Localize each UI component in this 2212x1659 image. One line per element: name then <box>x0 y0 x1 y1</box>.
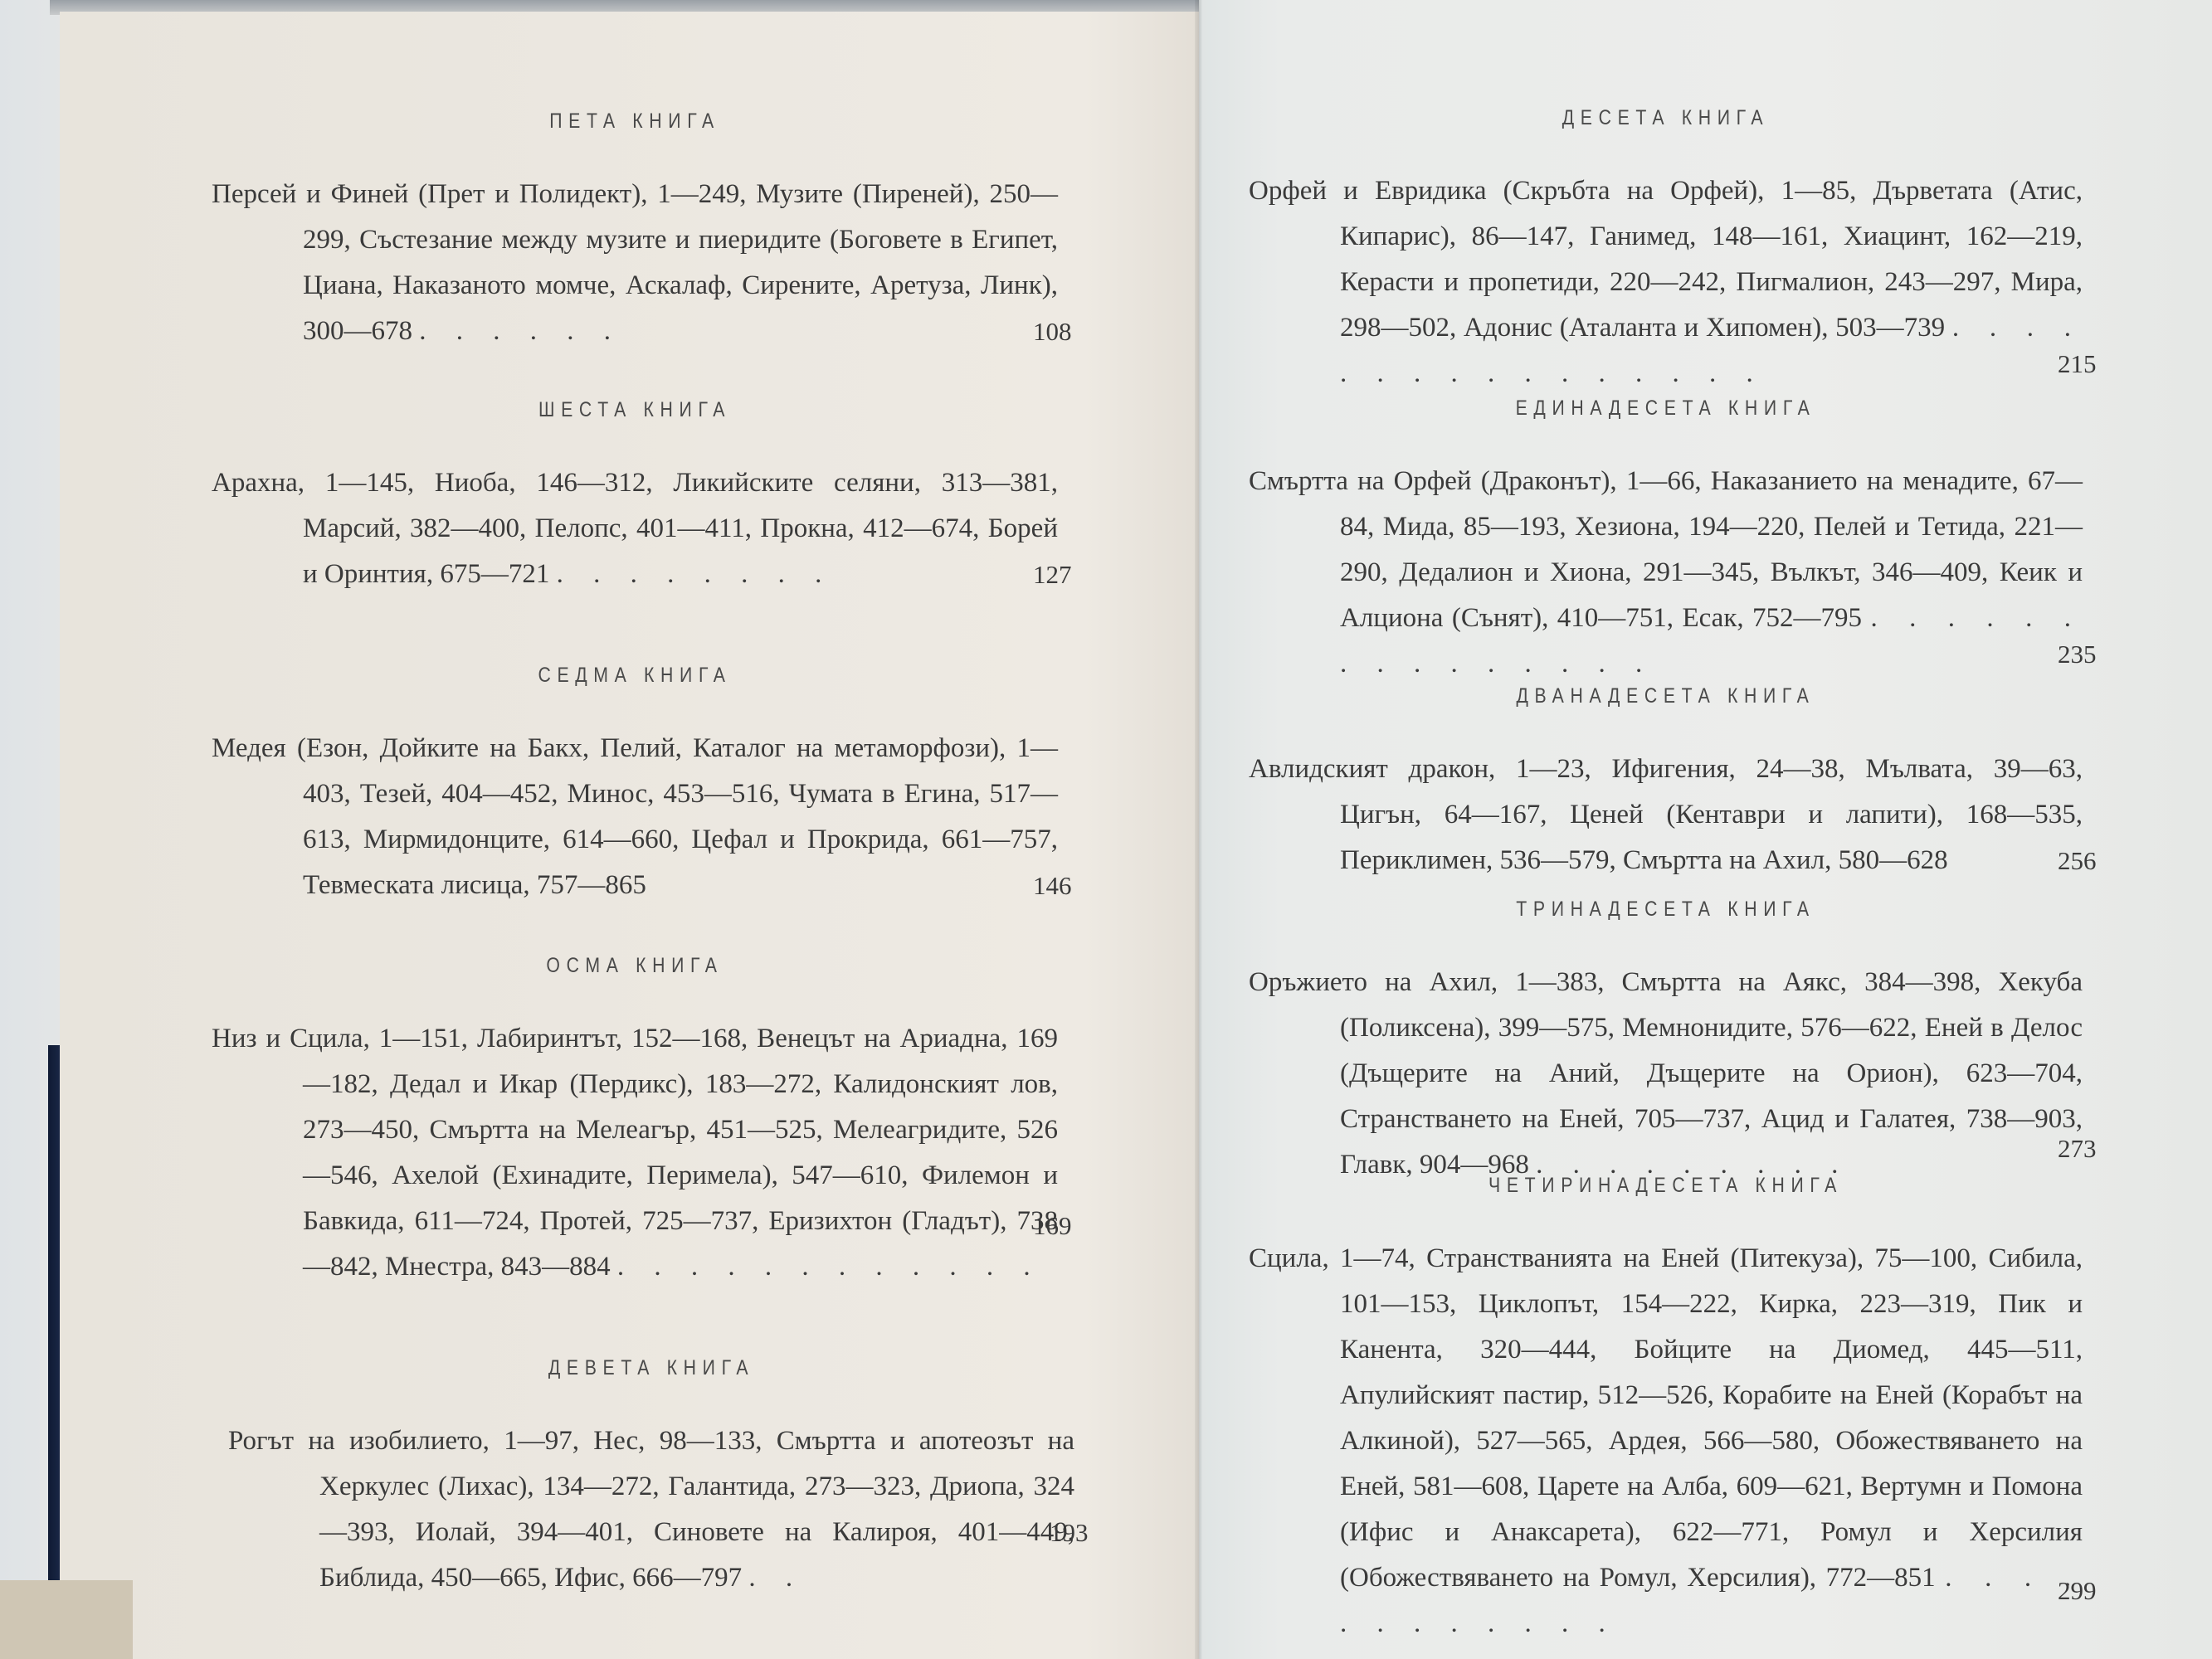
toc-entry: Персей и Финей (Прет и Полидект), 1—249,… <box>212 172 1058 354</box>
dot-leader: . . . . . . <box>419 316 622 346</box>
toc-section-book-13: ТРИНАДЕСЕТА КНИГА Оръжието на Ахил, 1—38… <box>1249 898 2083 1188</box>
toc-section-book-11: ЕДИНАДЕСЕТА КНИГА Смъртта на Орфей (Драк… <box>1249 397 2083 687</box>
toc-entry: Орфей и Евридика (Скръбта на Орфей), 1—8… <box>1249 168 2083 397</box>
section-heading: ТРИНАДЕСЕТА КНИГА <box>1311 898 2020 922</box>
dot-leader: . . . . . . . . . . . . <box>617 1252 1042 1282</box>
section-heading: ЕДИНАДЕСЕТА КНИГА <box>1311 397 2020 421</box>
section-heading: ДЕСЕТА КНИГА <box>1311 106 2020 130</box>
toc-entry: Сцила, 1—74, Странстванията на Еней (Пит… <box>1249 1236 2083 1647</box>
section-heading: ОСМА КНИГА <box>275 954 995 978</box>
entry-text: Оръжието на Ахил, 1—383, Смъртта на Аякс… <box>1249 967 2083 1180</box>
toc-section-book-9: ДЕВЕТА КНИГА Рогът на изобилието, 1—97, … <box>228 1356 1074 1601</box>
entry-text: Сцила, 1—74, Странстванията на Еней (Пит… <box>1249 1243 2083 1593</box>
toc-section-book-14: ЧЕТИРИНАДЕСЕТА КНИГА Сцила, 1—74, Странс… <box>1249 1174 2083 1647</box>
toc-section-book-10: ДЕСЕТА КНИГА Орфей и Евридика (Скръбта н… <box>1249 106 2083 397</box>
toc-section-book-6: ШЕСТА КНИГА Арахна, 1—145, Ниоба, 146—31… <box>212 398 1058 597</box>
entry-text: Рогът на изобилието, 1—97, Нес, 98—133, … <box>228 1426 1074 1593</box>
section-heading: ДВАНАДЕСЕТА КНИГА <box>1311 684 2020 708</box>
section-heading: ШЕСТА КНИГА <box>275 398 995 422</box>
table-surface <box>0 1580 133 1659</box>
section-heading: ДЕВЕТА КНИГА <box>292 1356 1011 1380</box>
toc-entry: Арахна, 1—145, Ниоба, 146—312, Ликийскит… <box>212 460 1058 597</box>
toc-entry: Авлидският дракон, 1—23, Ифигения, 24—38… <box>1249 747 2083 883</box>
dot-leader: . . <box>748 1563 804 1593</box>
toc-section-book-8: ОСМА КНИГА Низ и Сцила, 1—151, Лабиринтъ… <box>212 954 1058 1290</box>
dot-leader: . . . . . . . . <box>557 559 834 589</box>
entry-text: Персей и Финей (Прет и Полидект), 1—249,… <box>212 179 1058 346</box>
toc-section-book-5: ПЕТА КНИГА Персей и Финей (Прет и Полиде… <box>212 109 1058 354</box>
toc-section-book-7: СЕДМА КНИГА Медея (Езон, Дойките на Бакх… <box>212 664 1058 908</box>
toc-section-book-12: ДВАНАДЕСЕТА КНИГА Авлидският дракон, 1—2… <box>1249 684 2083 883</box>
entry-text: Авлидският дракон, 1—23, Ифигения, 24—38… <box>1249 754 2083 875</box>
toc-entry: Медея (Езон, Дойките на Бакх, Пелий, Кат… <box>212 726 1058 908</box>
entry-text: Низ и Сцила, 1—151, Лабиринтът, 152—168,… <box>212 1024 1058 1282</box>
section-heading: СЕДМА КНИГА <box>275 664 995 688</box>
toc-entry: Рогът на изобилието, 1—97, Нес, 98—133, … <box>228 1418 1074 1601</box>
toc-entry: Смъртта на Орфей (Драконът), 1—66, Наказ… <box>1249 459 2083 687</box>
section-heading: ЧЕТИРИНАДЕСЕТА КНИГА <box>1311 1174 2020 1198</box>
section-heading: ПЕТА КНИГА <box>275 109 995 134</box>
book-gutter <box>1195 0 1203 1659</box>
toc-entry: Низ и Сцила, 1—151, Лабиринтът, 152—168,… <box>212 1016 1058 1290</box>
entry-text: Медея (Езон, Дойките на Бакх, Пелий, Кат… <box>212 733 1058 900</box>
toc-entry: Оръжието на Ахил, 1—383, Смъртта на Аякс… <box>1249 960 2083 1188</box>
